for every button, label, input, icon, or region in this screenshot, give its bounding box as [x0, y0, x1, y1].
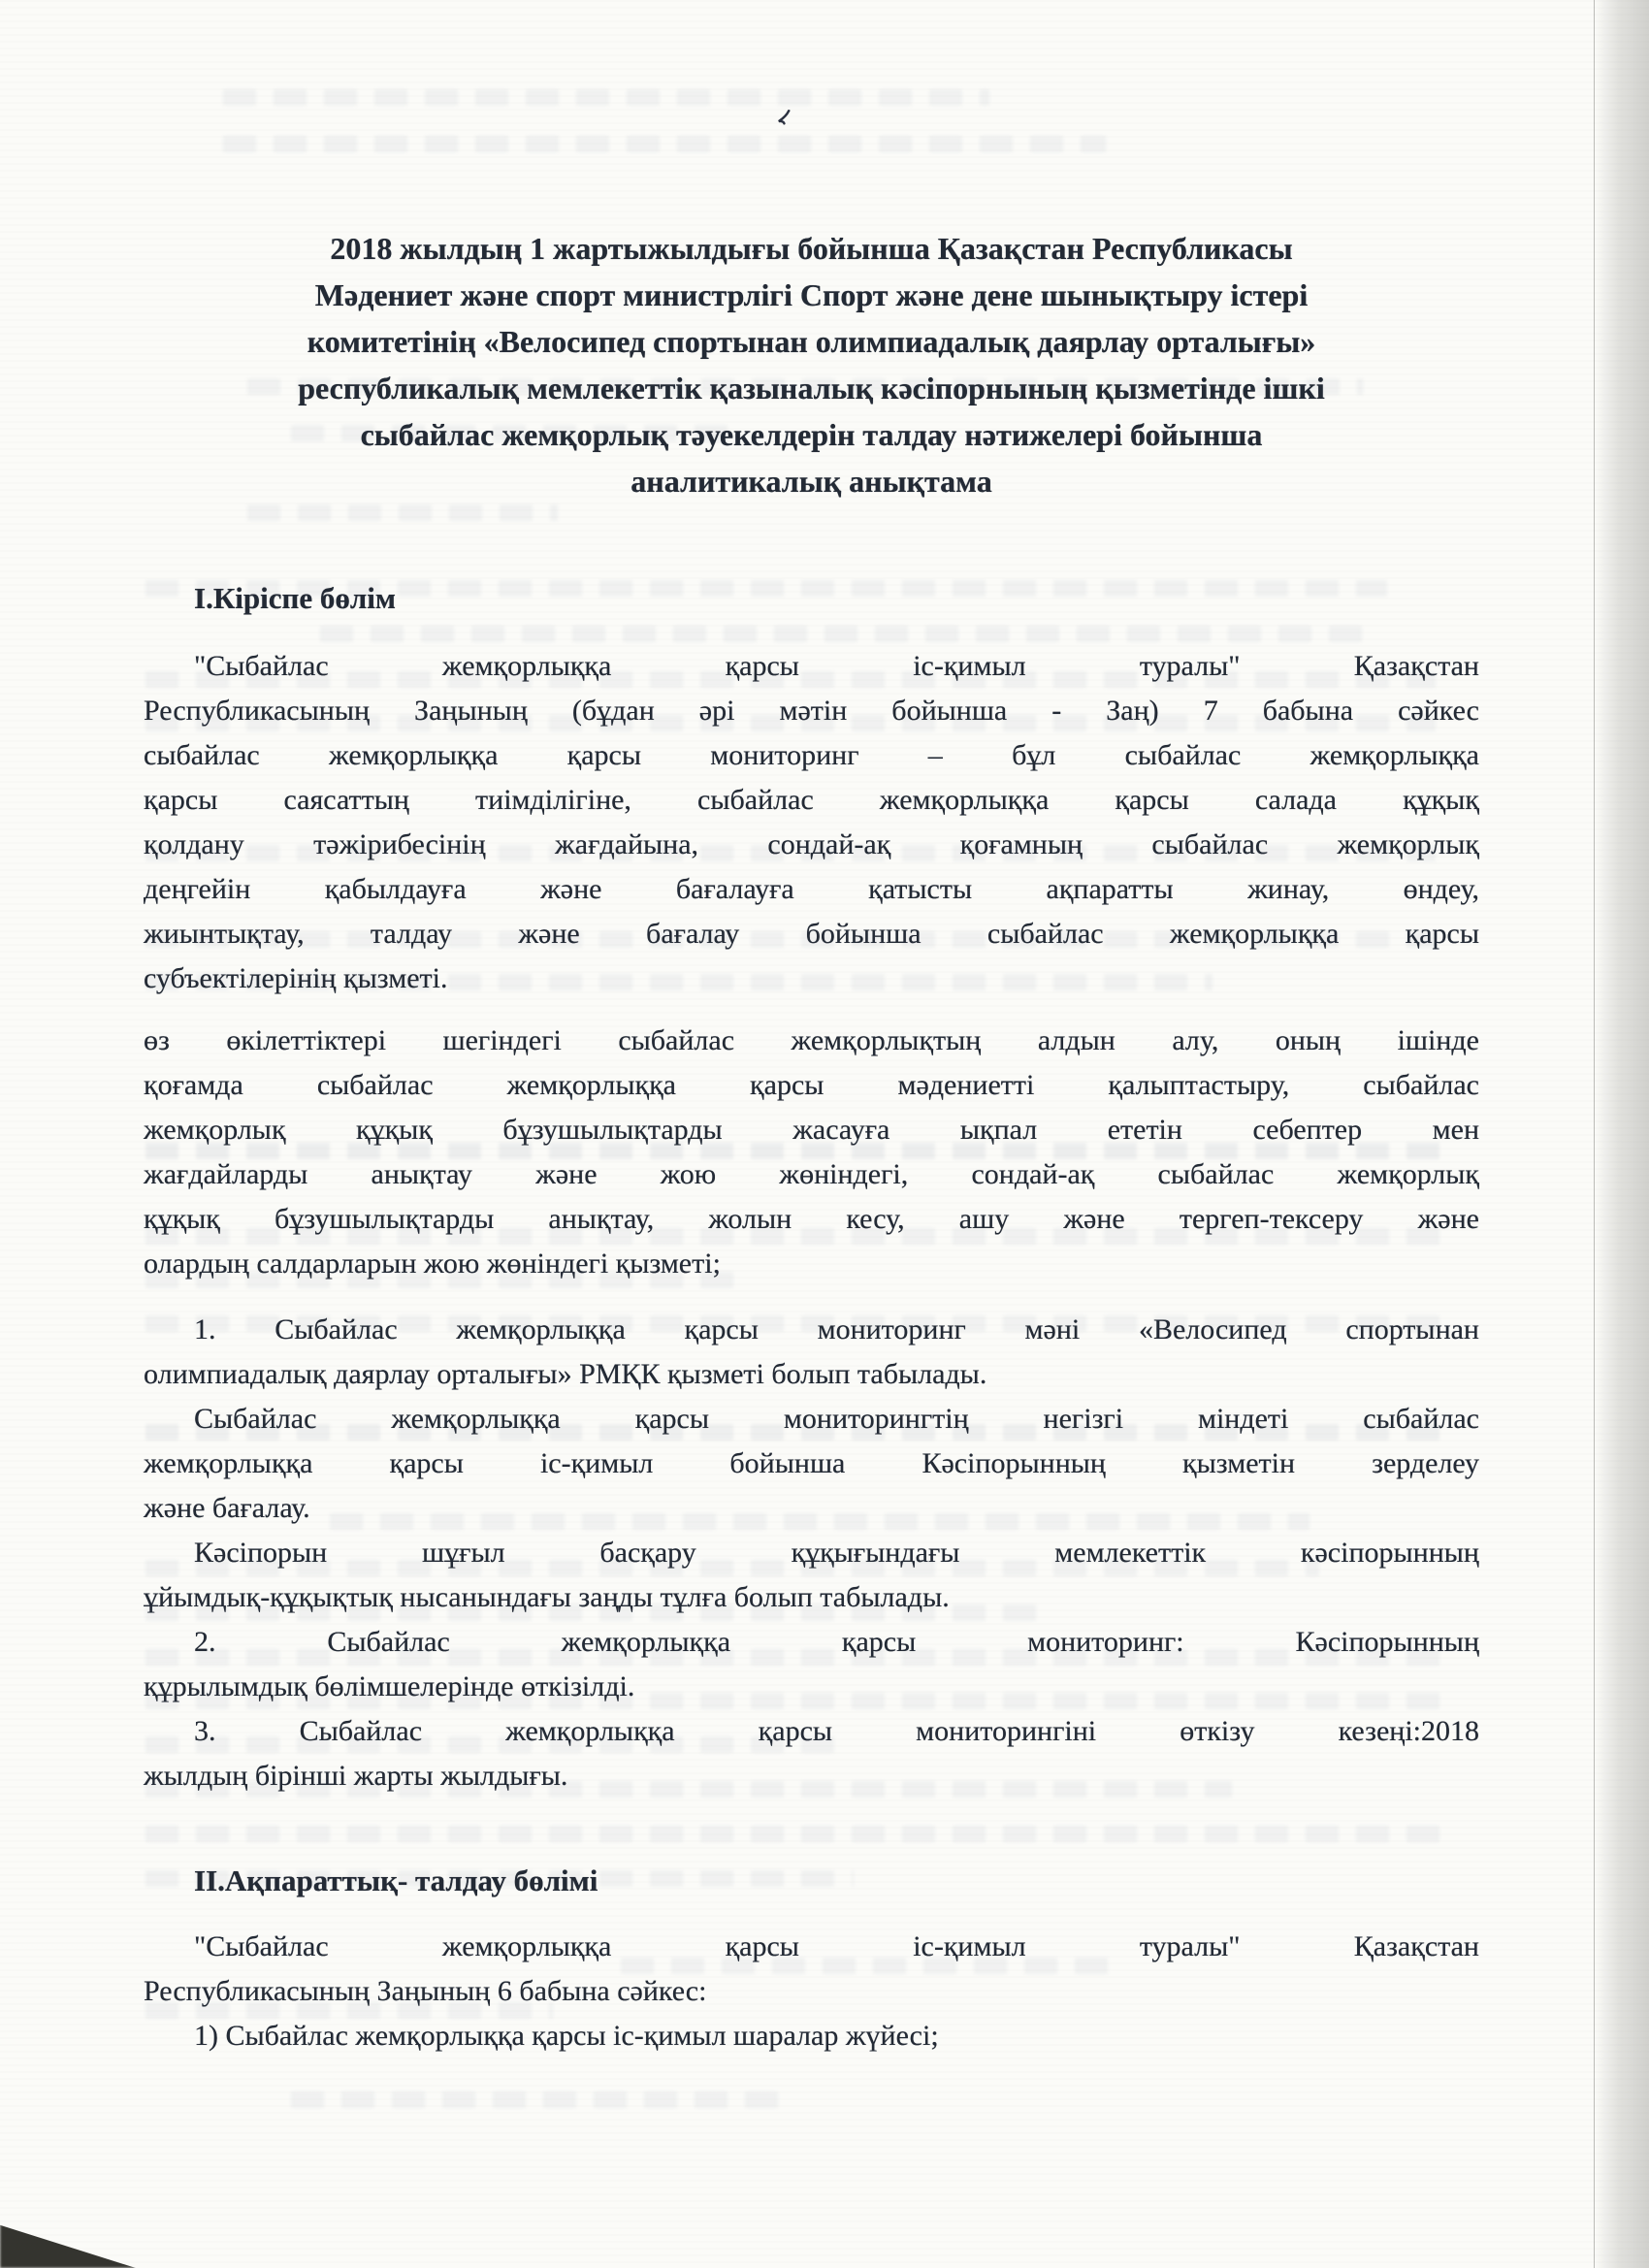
text-line: жиынтықтау, талдау және бағалау бойынша …: [144, 912, 1479, 956]
title-line: комитетінің «Велосипед спортынан олимпиа…: [144, 318, 1479, 365]
paragraph-item-3-monitoring-period: 3. Сыбайлас жемқорлыққа қарсы мониторинг…: [144, 1709, 1479, 1798]
title-line: аналитикалық анықтама: [144, 458, 1479, 504]
text-line: өз өкілеттіктері шегіндегі сыбайлас жемқ…: [144, 1019, 1479, 1063]
text-line: қолдану тәжірибесінің жағдайына, сондай-…: [144, 823, 1479, 867]
title-line: республикалық мемлекеттік қазыналық кәсі…: [144, 365, 1479, 411]
section-heading-info-analysis: II.Ақпараттық- талдау бөлімі: [194, 1859, 1479, 1903]
scan-corner-shadow: [0, 2216, 136, 2268]
text-line: Сыбайлас жемқорлыққа қарсы мониторингтің…: [144, 1397, 1479, 1442]
paragraph-item-2-monitoring-units: 2. Сыбайлас жемқорлыққа қарсы мониторинг…: [144, 1620, 1479, 1709]
text-line: 1) Сыбайлас жемқорлыққа қарсы іс-қимыл ш…: [144, 2014, 1479, 2058]
text-line: сыбайлас жемқорлыққа қарсы мониторинг – …: [144, 733, 1479, 778]
text-line: қарсы саясаттың тиімділігіне, сыбайлас ж…: [144, 778, 1479, 823]
text-line: құқық бұзушылықтарды анықтау, жолын кесу…: [144, 1197, 1479, 1242]
text-line: деңгейін қабылдауға және бағалауға қатыс…: [144, 867, 1479, 912]
document-title: 2018 жылдың 1 жартыжылдығы бойынша Қазақ…: [144, 0, 1479, 504]
text-line: Кәсіпорын шұғыл басқару құқығындағы мемл…: [144, 1531, 1479, 1575]
text-line: олимпиадалық даярлау орталығы» РМҚК қызм…: [144, 1352, 1479, 1397]
scanned-document-page: 2018 жылдың 1 жартыжылдығы бойынша Қазақ…: [0, 0, 1649, 2268]
text-line: ұйымдық-құқықтық нысанындағы заңды тұлға…: [144, 1575, 1479, 1620]
paragraph-item-measures-system: 1) Сыбайлас жемқорлыққа қарсы іс-қимыл ш…: [144, 2014, 1479, 2058]
text-line: субъектілерінің қызметі.: [144, 956, 1479, 1001]
text-line: "Сыбайлас жемқорлыққа қарсы іс-қимыл тур…: [144, 1925, 1479, 1969]
title-line: 2018 жылдың 1 жартыжылдығы бойынша Қазақ…: [144, 225, 1479, 272]
text-line: жемқорлыққа қарсы іс-қимыл бойынша Кәсіп…: [144, 1442, 1479, 1486]
section-heading-intro: I.Кіріспе бөлім: [194, 576, 1479, 621]
paragraph-item-1-monitoring-subject: 1. Сыбайлас жемқорлыққа қарсы мониторинг…: [144, 1308, 1479, 1397]
paragraph-enterprise-legal-form: Кәсіпорын шұғыл басқару құқығындағы мемл…: [144, 1531, 1479, 1620]
text-line: 1. Сыбайлас жемқорлыққа қарсы мониторинг…: [144, 1308, 1479, 1352]
text-line: 2. Сыбайлас жемқорлыққа қарсы мониторинг…: [144, 1620, 1479, 1665]
title-line: сыбайлас жемқорлық тәуекелдерін талдау н…: [144, 411, 1479, 458]
text-line: жылдың бірінші жарты жылдығы.: [144, 1754, 1479, 1798]
paragraph-powers-scope: өз өкілеттіктері шегіндегі сыбайлас жемқ…: [144, 1019, 1479, 1286]
bleed-through-line: [291, 2091, 795, 2108]
text-line: олардың салдарларын жою жөніндегі қызмет…: [144, 1242, 1479, 1286]
scan-right-edge-shadow: [1594, 0, 1649, 2268]
document-content: 2018 жылдың 1 жартыжылдығы бойынша Қазақ…: [144, 0, 1479, 2058]
paragraph-law-monitoring-definition: "Сыбайлас жемқорлыққа қарсы іс-қимыл тур…: [144, 644, 1479, 1001]
paragraph-law-article-6: "Сыбайлас жемқорлыққа қарсы іс-қимыл тур…: [144, 1925, 1479, 2014]
text-line: "Сыбайлас жемқорлыққа қарсы іс-қимыл тур…: [144, 644, 1479, 689]
title-line: Мәдениет және спорт министрлігі Спорт жә…: [144, 272, 1479, 318]
paragraph-monitoring-task: Сыбайлас жемқорлыққа қарсы мониторингтің…: [144, 1397, 1479, 1531]
text-line: жағдайларды анықтау және жою жөніндегі, …: [144, 1152, 1479, 1197]
text-line: қоғамда сыбайлас жемқорлыққа қарсы мәден…: [144, 1063, 1479, 1108]
text-line: және бағалау.: [144, 1486, 1479, 1531]
text-line: жемқорлық құқық бұзушылықтарды жасауға ы…: [144, 1108, 1479, 1152]
text-line: 3. Сыбайлас жемқорлыққа қарсы мониторинг…: [144, 1709, 1479, 1754]
text-line: құрылымдық бөлімшелерінде өткізілді.: [144, 1665, 1479, 1709]
text-line: Республикасының Заңының (бұдан әрі мәтін…: [144, 689, 1479, 733]
text-line: Республикасының Заңының 6 бабына сәйкес:: [144, 1969, 1479, 2014]
